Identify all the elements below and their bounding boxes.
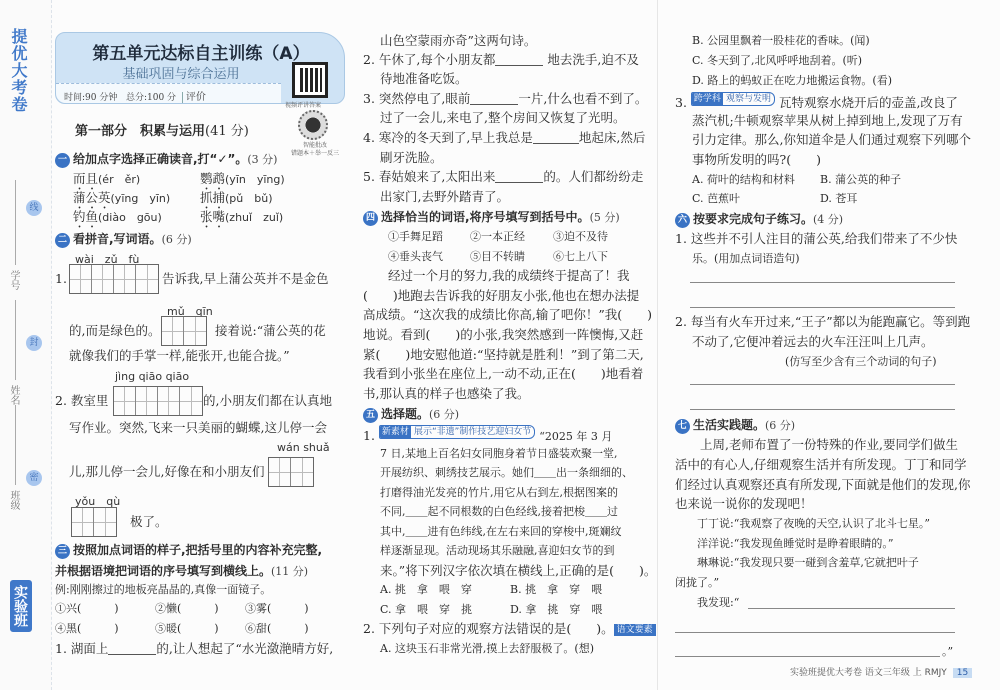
seal-mark: 封 bbox=[26, 335, 42, 351]
language-element-tag: 语文要素 bbox=[614, 624, 656, 636]
section-3-heading: 三按照加点词语的样子,把括号里的内容补充完整, bbox=[55, 541, 322, 559]
pinyin-hint: wán shuǎ bbox=[277, 441, 330, 454]
question-text: 儿,那儿停一会儿,好像在和小朋友们 bbox=[69, 463, 264, 481]
prompt-text: 我发现:“ bbox=[675, 594, 739, 612]
question-text: 1. 这些并不引人注目的蒲公英,给我们带来了不少快 bbox=[675, 230, 957, 248]
binding-margin: 提优大考卷 线 学号 封 姓名 密 班级 实验班 bbox=[0, 0, 52, 690]
fill-item[interactable]: ⑥甜( ) bbox=[245, 620, 309, 638]
question-text: 7 日,某地上百名妇女同胞身着节日盛装欢聚一堂, bbox=[380, 445, 618, 463]
seal-mark: 密 bbox=[26, 470, 42, 486]
page-subtitle: 基础巩固与综合运用 bbox=[56, 63, 306, 82]
question-text: 来。”将下列汉字依次填在横线上,正确的是( )。 bbox=[380, 562, 656, 580]
option-b[interactable]: B. 挑 拿 穿 喂 bbox=[510, 581, 602, 599]
question-text: 出家门,去野外踏青了。 bbox=[380, 188, 509, 206]
word-option: ⑥七上八下 bbox=[553, 248, 608, 266]
total-score: 总分:100 分 bbox=[126, 93, 176, 103]
passage-line: ( )地跑去告诉我的好朋友小张,他也在想办法提 bbox=[363, 287, 639, 305]
answer-line[interactable] bbox=[690, 409, 955, 410]
option-b[interactable]: B. 公园里飘着一股桂花的香味。(闻) bbox=[692, 32, 870, 50]
question-text: 的,小朋友们都在认真地 bbox=[203, 392, 332, 410]
section-7-heading: 七生活实践题。(6 分) bbox=[675, 416, 795, 434]
question-text: 事物所发明的吗?( ) bbox=[692, 151, 821, 169]
word-option: ①手舞足蹈 bbox=[388, 228, 443, 246]
name-label: 姓名 bbox=[6, 385, 21, 405]
option-d[interactable]: D. 拿 挑 穿 喂 bbox=[510, 601, 602, 619]
option-c[interactable]: C. 芭蕉叶 bbox=[692, 190, 740, 208]
fill-item[interactable]: ⑤暖( ) bbox=[155, 620, 219, 638]
option-a[interactable]: A. 这块玉石非常光滑,摸上去舒服极了。(想) bbox=[380, 640, 594, 658]
question-text: 待地准备吃饭。 bbox=[380, 70, 468, 88]
cross-subject-tag: 跨学科观察与发明 bbox=[691, 92, 775, 106]
evaluation-label: 评价 bbox=[182, 92, 206, 103]
question-text: 写作业。突然,飞来一只美丽的蝴蝶,这儿停一会 bbox=[69, 419, 327, 437]
ai-caption: 智能批改错题本＋举一反三 bbox=[291, 142, 339, 158]
brand-logo-bottom: 实验班 bbox=[10, 580, 32, 632]
passage-line: 们经过认真观察还真有所发现,下面就是他们的发现,你 bbox=[675, 476, 970, 494]
section-2-heading: 二看拼音,写词语。(6 分) bbox=[55, 230, 192, 248]
option-d[interactable]: D. 路上的蚂蚁正在吃力地搬运食物。(看) bbox=[692, 72, 892, 90]
question-text: 3. 突然停电了,眼前一片,什么也看不到了。 bbox=[363, 90, 647, 108]
writing-grid[interactable] bbox=[161, 316, 207, 346]
question-text: 5. 春姑娘来了,太阳出来的。人们都纷纷走 bbox=[363, 168, 643, 186]
time-limit: 时间:90 分钟 bbox=[64, 93, 117, 103]
option-a[interactable]: A. 挑 拿 喂 穿 bbox=[380, 581, 472, 599]
section-1-heading: 一给加点字选择正确读音,打“✓”。(3 分) bbox=[55, 150, 277, 168]
writing-grid[interactable] bbox=[69, 264, 159, 294]
passage-line: 闭拢了。” bbox=[675, 574, 719, 592]
end-quote: 。” bbox=[942, 643, 953, 661]
question-text: 过了一会儿,来电了,整个房间又恢复了光明。 bbox=[380, 109, 625, 127]
question-text: 山色空蒙雨亦奇”这两句诗。 bbox=[380, 32, 536, 50]
passage-line: 书,那认真的样子也感染了我。 bbox=[363, 385, 529, 403]
word-option: ⑤目不转睛 bbox=[470, 248, 525, 266]
question-text: 不同,＿＿起不同根数的白色经线,接着把梭＿＿过 bbox=[380, 503, 618, 521]
answer-blank[interactable] bbox=[470, 91, 518, 105]
pinyin-item: 钓鱼(diào gōu) bbox=[73, 208, 162, 231]
answer-blank[interactable] bbox=[108, 641, 156, 655]
question-text: 2. 教室里 bbox=[55, 392, 108, 410]
question-text: 样逐渐显现。活动现场其乐融融,喜迎妇女节的到 bbox=[380, 542, 615, 560]
question-text: 接着说:“蒲公英的花 bbox=[215, 322, 326, 340]
question-text: 2. 每当有火车开过来,“王子”都以为能跑赢它。等到跑 bbox=[675, 313, 970, 331]
section-3-heading-cont: 并根据语境把词语的序号填写到横线上。(11 分) bbox=[55, 562, 308, 579]
class-line bbox=[15, 405, 16, 485]
passage-line: 高成绩。“这次我的成绩比你高,输了吧你！”我( ) bbox=[363, 306, 652, 324]
question-1: 1. 新素材展示“非遗”制作技艺迎妇女节 “2025 年 3 月 bbox=[363, 425, 612, 446]
option-a[interactable]: A. 荷叶的结构和材料 bbox=[692, 171, 795, 189]
section-5-heading: 五选择题。(6 分) bbox=[363, 405, 459, 423]
answer-line[interactable] bbox=[690, 307, 955, 308]
passage-line: 上周,老师布置了一份特殊的作业,要同学们做生 bbox=[675, 436, 958, 454]
column-middle: 山色空蒙雨亦奇”这两句诗。 2. 午休了,每个小朋友都 地去洗手,迫不及 待地准… bbox=[358, 0, 658, 690]
footer-text: 实验班提优大考卷 语文三年级 上 RMJY bbox=[790, 668, 947, 678]
question-text: 1. 湖面上的,让人想起了“水光潋滟晴方好, bbox=[55, 640, 333, 658]
brand-logo-top: 提优大考卷 bbox=[8, 28, 30, 113]
writing-grid[interactable] bbox=[113, 386, 203, 416]
option-b[interactable]: B. 蒲公英的种子 bbox=[820, 171, 901, 189]
question-text: 不动了,它便冲着远去的火车汪汪叫上几声。 bbox=[692, 333, 933, 351]
option-c[interactable]: C. 冬天到了,北风呼呼地刮着。(听) bbox=[692, 52, 862, 70]
question-text: 极了。 bbox=[130, 513, 168, 531]
passage-line: 洋洋说:“我发现鱼睡觉时是睁着眼睛的。” bbox=[675, 535, 893, 553]
page-title: 第五单元达标自主训练（A） bbox=[56, 39, 346, 64]
question-text: 开展纺织、刺绣技艺展示。她们＿＿出一条细细的、 bbox=[380, 464, 633, 482]
word-option: ②一本正经 bbox=[470, 228, 525, 246]
passage-line: 活中的有心人,仔细观察生活并有所发现。丁丁和同学 bbox=[675, 456, 966, 474]
column-left: 第五单元达标自主训练（A） 基础巩固与综合运用 时间:90 分钟 总分:100 … bbox=[55, 0, 348, 690]
section-4-heading: 四选择恰当的词语,将序号填写到括号中。(5 分) bbox=[363, 208, 620, 226]
passage-line: 琳琳说:“我发现只要一碰到含羞草,它就把叶子 bbox=[675, 554, 919, 572]
answer-line[interactable] bbox=[675, 632, 955, 633]
writing-grid[interactable] bbox=[71, 507, 117, 537]
class-label: 班级 bbox=[6, 490, 21, 510]
question-text: 乐。(用加点词语造句) bbox=[692, 250, 800, 268]
question-text: 引力定律。那么,你知道伞是人们通过观察下列哪个 bbox=[692, 131, 971, 149]
page-number: 15 bbox=[953, 668, 972, 678]
question-2: 2. 下列句子对应的观察方法错误的是( )。语文要素 bbox=[363, 620, 656, 638]
passage-line: 丁丁说:“我观察了夜晚的天空,认识了北斗七星。” bbox=[675, 515, 930, 533]
seal-mark: 线 bbox=[26, 200, 42, 216]
qr-caption: 视频评讲答案 bbox=[285, 100, 321, 109]
answer-blank[interactable] bbox=[495, 169, 543, 183]
option-c[interactable]: C. 拿 喂 穿 挑 bbox=[380, 601, 472, 619]
column-right: B. 公园里飘着一股桂花的香味。(闻) C. 冬天到了,北风呼呼地刮着。(听) … bbox=[670, 0, 960, 690]
new-material-tag: 新素材展示“非遗”制作技艺迎妇女节 bbox=[379, 425, 535, 439]
exam-meta: 时间:90 分钟 总分:100 分 评价 bbox=[56, 83, 281, 103]
answer-blank[interactable] bbox=[495, 52, 543, 66]
question-text: 打磨得油光发亮的竹片,用它从右到左,根据图案的 bbox=[380, 484, 618, 502]
name-line bbox=[15, 300, 16, 380]
pinyin-item: 张嘴(zhuǐ zuǐ) bbox=[200, 208, 283, 231]
section-6-heading: 六按要求完成句子练习。(4 分) bbox=[675, 210, 843, 228]
question-text: 就像我们的手掌一样,能张开,也能合拢。” bbox=[69, 347, 290, 365]
question-text: 告诉我,早上蒲公英并不是金色 bbox=[162, 270, 328, 288]
question-hint: (仿写至少含有三个动词的句子) bbox=[785, 353, 937, 371]
question-number: 1. bbox=[55, 270, 67, 288]
pinyin-hint: jìng qiāo qiāo bbox=[115, 370, 189, 383]
word-option: ③迫不及待 bbox=[553, 228, 608, 246]
answer-line[interactable] bbox=[675, 656, 940, 657]
question-3: 3. 跨学科观察与发明 瓦特观察水烧开后的壶盖,改良了 bbox=[675, 92, 958, 112]
ai-grading-icon[interactable] bbox=[298, 110, 328, 140]
answer-blank[interactable] bbox=[533, 130, 579, 144]
question-text: 的,而是绿色的。 bbox=[69, 322, 160, 340]
passage-line: 紧( )地安慰他道:“坚持就是胜利！”到了第二天, bbox=[363, 346, 644, 364]
fill-item[interactable]: ③雾( ) bbox=[245, 600, 309, 618]
qr-code-icon[interactable] bbox=[292, 62, 328, 98]
question-text: 刷牙洗脸。 bbox=[380, 149, 443, 167]
passage-line: 经过一个月的努力,我的成绩终于提高了！我 bbox=[363, 267, 629, 285]
answer-line[interactable] bbox=[690, 384, 955, 385]
page-footer: 实验班提优大考卷 语文三年级 上 RMJY15 bbox=[790, 665, 972, 678]
passage-line: 我看到小张坐在座位上,一动不动,正在( )地看着 bbox=[363, 365, 643, 383]
answer-line[interactable] bbox=[690, 282, 955, 283]
question-text: 其中,＿＿进有色纬线,在左右来回的穿梭中,斑斓纹 bbox=[380, 523, 622, 541]
student-id-label: 学号 bbox=[6, 270, 21, 290]
passage-line: 地说。看到( )的小张,我突然感到一阵懊悔,又赶 bbox=[363, 326, 643, 344]
part-title: 第一部分 积累与运用(41 分) bbox=[75, 120, 249, 139]
question-text: 蒸汽机;牛顿观察苹果从树上掉到地上,发现了万有 bbox=[692, 112, 963, 130]
student-id-line bbox=[15, 180, 16, 265]
question-text: 2. 午休了,每个小朋友都 地去洗手,迫不及 bbox=[363, 51, 639, 69]
word-option: ④垂头丧气 bbox=[388, 248, 443, 266]
answer-line[interactable] bbox=[748, 608, 955, 609]
passage-line: 也来说一说你的发现吧！ bbox=[675, 495, 813, 513]
option-d[interactable]: D. 苍耳 bbox=[820, 190, 857, 208]
example-text: 例:刚刚擦过的地板亮晶晶的,真像一面镜子。 bbox=[55, 581, 271, 599]
writing-grid[interactable] bbox=[268, 457, 314, 487]
fill-item[interactable]: ④黑( ) bbox=[55, 620, 119, 638]
fill-item[interactable]: ②懒( ) bbox=[155, 600, 219, 618]
question-text: 4. 寒冷的冬天到了,早上我总是地起床,然后 bbox=[363, 129, 645, 147]
fill-item[interactable]: ①兴( ) bbox=[55, 600, 119, 618]
